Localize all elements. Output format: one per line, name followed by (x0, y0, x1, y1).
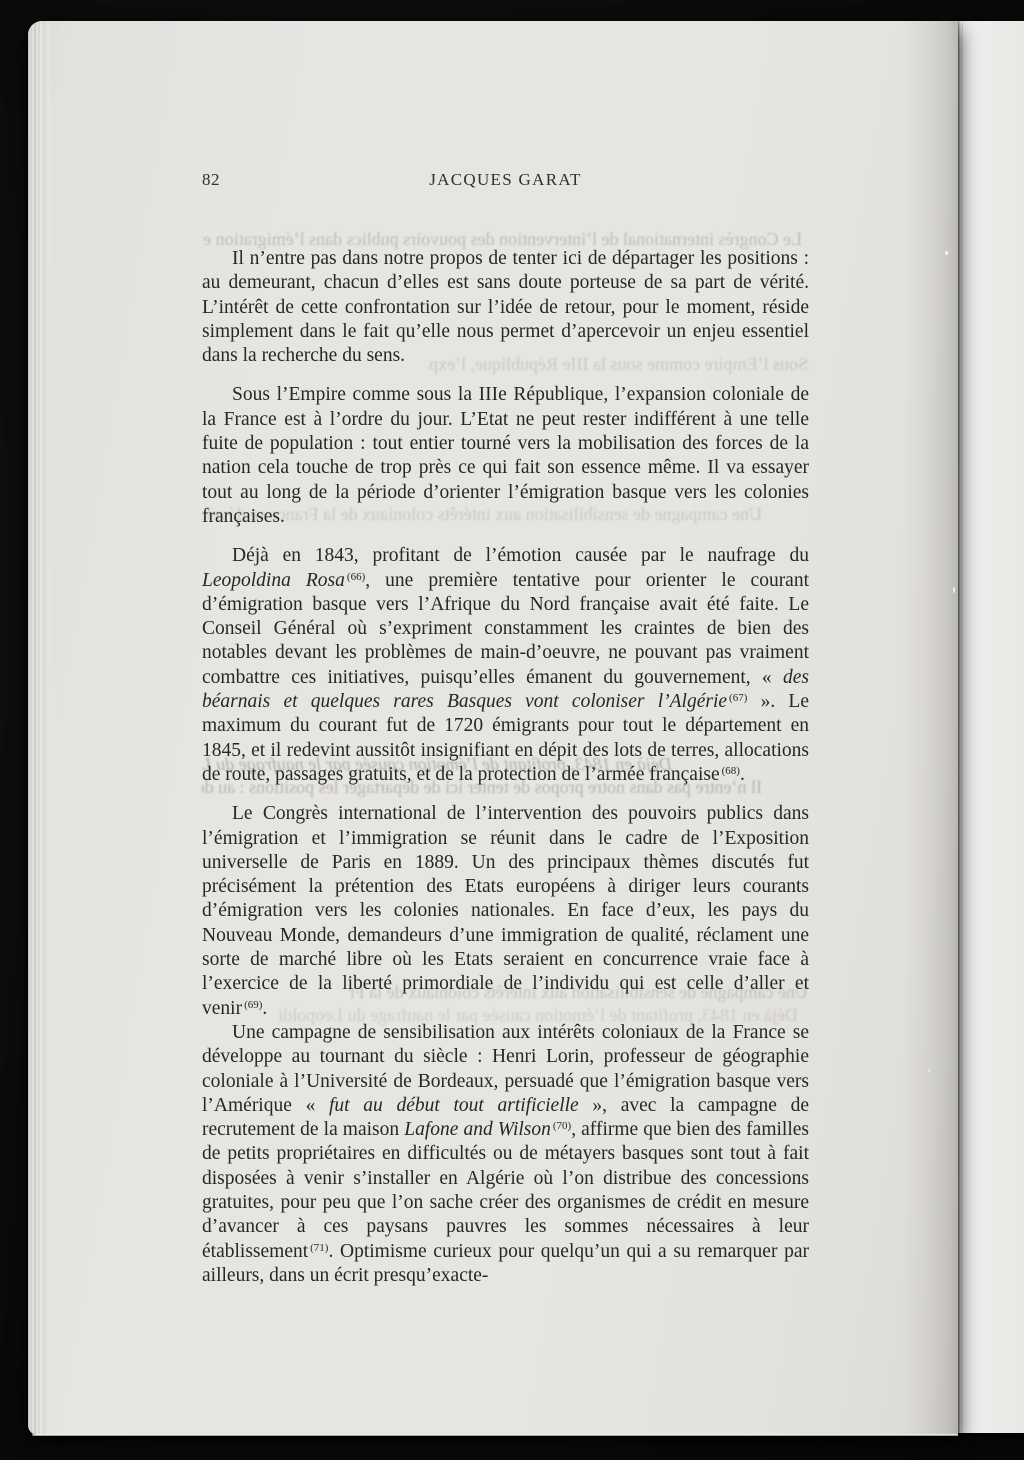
dust-speck (928, 1069, 930, 1072)
running-head-title: JACQUES GARAT (202, 170, 809, 190)
text-segment: Leopoldina Rosa (202, 570, 345, 591)
paragraph: Le Congrès international de l’interventi… (202, 802, 809, 1021)
page-content: 82 JACQUES GARAT Il n’entre pas dans not… (202, 170, 809, 1288)
text-segment: Sous l’Empire comme sous la IIIe Républi… (202, 384, 809, 526)
paragraph: Déjà en 1843, profitant de l’émotion cau… (202, 544, 809, 787)
paragraph: Sous l’Empire comme sous la IIIe Républi… (202, 383, 809, 529)
paragraph: Il n’entre pas dans notre propos de tent… (202, 247, 809, 368)
text-segment: Le Congrès international de l’interventi… (202, 803, 809, 1018)
footnote-ref: (69) (244, 999, 262, 1011)
running-head: 82 JACQUES GARAT (202, 170, 809, 192)
paragraph: Une campagne de sensibilisation aux inté… (202, 1021, 809, 1288)
text-segment: Déjà en 1843, profitant de l’émotion cau… (232, 545, 809, 566)
text-block: Il n’entre pas dans notre propos de tent… (202, 247, 809, 1288)
footnote-ref: (66) (347, 571, 365, 583)
dust-speck (945, 251, 948, 255)
text-segment: . (262, 998, 267, 1019)
footnote-ref: (67) (729, 692, 747, 704)
text-segment: . (740, 764, 745, 785)
footnote-ref: (70) (553, 1120, 571, 1132)
footnote-ref: (68) (722, 765, 740, 777)
text-segment: Il n’entre pas dans notre propos de tent… (202, 248, 809, 366)
page-stack-edges (28, 21, 52, 1435)
book-gutter-crease (958, 21, 963, 1433)
gutter-shadow (902, 21, 958, 1435)
dust-speck (953, 587, 955, 593)
footnote-ref: (71) (310, 1242, 328, 1254)
text-segment: Lafone and Wilson (404, 1119, 551, 1140)
photo-background: Le Congrès international de l’interventi… (0, 0, 1024, 1460)
text-segment: fut au début tout artificielle (329, 1095, 579, 1116)
facing-page-edge (963, 21, 1024, 1433)
book-page: Le Congrès international de l’interventi… (28, 21, 958, 1435)
